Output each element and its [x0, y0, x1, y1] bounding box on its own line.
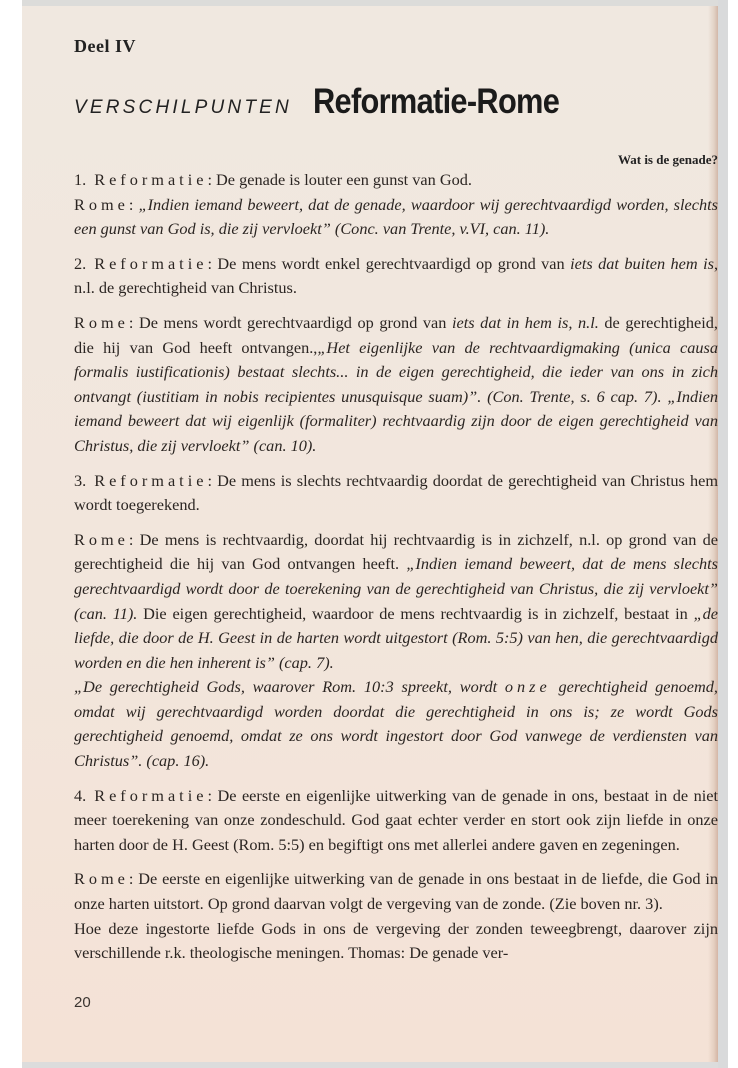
- paragraph: 3.Reformatie: De mens is slechts rechtva…: [74, 469, 718, 518]
- speaker-label: Rome: [74, 195, 129, 214]
- item-number: 4.: [74, 786, 86, 805]
- heading-title: Reformatie-Rome: [313, 82, 559, 122]
- speaker-label: Reformatie: [94, 786, 207, 805]
- paragraph: Hoe deze ingestorte liefde Gods in ons d…: [74, 917, 718, 966]
- speaker-label: Reformatie: [94, 471, 207, 490]
- text-segment: iets dat in hem is, n.l.: [452, 313, 599, 332]
- speaker-label: onze: [505, 677, 551, 696]
- text-segment: Die eigen gerechtigheid, waardoor de men…: [137, 604, 693, 623]
- paragraph: Rome: De mens is rechtvaardig, doordat h…: [74, 528, 718, 676]
- item-number: 1.: [74, 170, 86, 189]
- text-segment: : De genade is louter een gunst van God.: [207, 170, 472, 189]
- part-label: Deel IV: [74, 36, 136, 57]
- scan-bottom-edge: [22, 1062, 718, 1068]
- item-number: 2.: [74, 254, 86, 273]
- text-segment: Hoe deze ingestorte liefde Gods in ons d…: [74, 919, 718, 963]
- body-text: 1.Reformatie: De genade is louter een gu…: [74, 168, 718, 966]
- heading-label: VERSCHILPUNTEN: [74, 97, 292, 118]
- text-segment: iets dat buiten hem is: [570, 254, 714, 273]
- page-number: 20: [74, 994, 91, 1011]
- speaker-label: Reformatie: [94, 254, 207, 273]
- speaker-label: Rome: [74, 313, 129, 332]
- speaker-label: Reformatie: [94, 170, 207, 189]
- paragraph: „De gerechtigheid Gods, waarover Rom. 10…: [74, 675, 718, 773]
- paragraph: 1.Reformatie: De genade is louter een gu…: [74, 168, 718, 193]
- speaker-label: Rome: [74, 869, 129, 888]
- paragraph: 4.Reformatie: De eerste en eigenlijke ui…: [74, 784, 718, 858]
- text-segment: „Indien iemand beweert, dat de genade, w…: [74, 195, 718, 239]
- item-number: 3.: [74, 471, 86, 490]
- paragraph: Rome: „Indien iemand beweert, dat de gen…: [74, 193, 718, 242]
- paragraph: Rome: De eerste en eigenlijke uitwerking…: [74, 867, 718, 916]
- section-question: Wat is de genade?: [618, 152, 718, 168]
- text-segment: : De eerste en eigenlijke uitwerking van…: [74, 869, 718, 913]
- text-segment: : De mens wordt enkel gerechtvaardigd op…: [207, 254, 570, 273]
- text-segment: „De gerechtigheid Gods, waarover Rom. 10…: [74, 677, 505, 696]
- speaker-label: Rome: [74, 530, 129, 549]
- text-segment: :: [129, 195, 139, 214]
- book-page: Deel IV VERSCHILPUNTEN Reformatie-Rome W…: [22, 6, 718, 1062]
- paragraph: 2.Reformatie: De mens wordt enkel gerech…: [74, 252, 718, 301]
- scan-right-edge: [718, 0, 728, 1068]
- text-segment: : De mens wordt gerechtvaardigd op grond…: [129, 313, 452, 332]
- paragraph: Rome: De mens wordt gerechtvaardigd op g…: [74, 311, 718, 459]
- chapter-heading: VERSCHILPUNTEN Reformatie-Rome: [74, 82, 593, 122]
